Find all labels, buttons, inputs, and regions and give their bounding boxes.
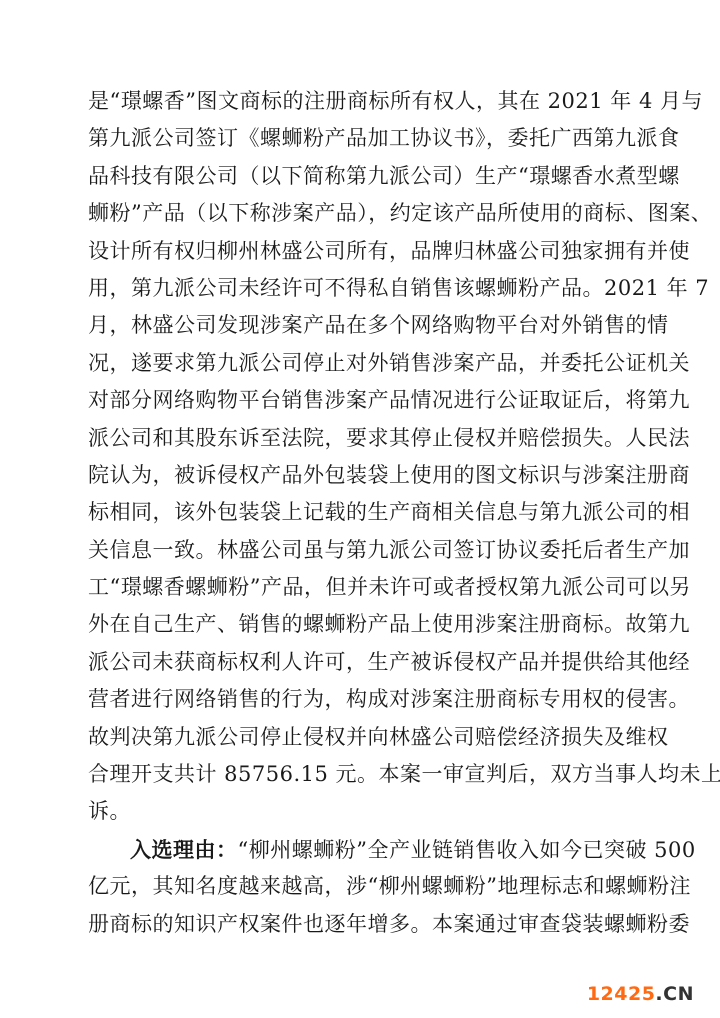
watermark-domain: .CN [655, 983, 694, 1005]
selection-reason-text: “柳州螺蛳粉”全产业链销售收入如今已突破 500 [238, 838, 696, 862]
watermark-number: 12425 [587, 983, 656, 1005]
text-line: 设计所有权归柳州林盛公司所有，品牌归林盛公司独家拥有并使 [88, 233, 636, 270]
text-line: 诉。 [88, 793, 636, 830]
text-line: 对部分网络购物平台销售涉案产品情况进行公证取证后，将第九 [88, 382, 636, 419]
selection-reason-paragraph: 入选理由：“柳州螺蛳粉”全产业链销售收入如今已突破 500 亿元，其知名度越来越… [88, 831, 636, 943]
text-line: 月，林盛公司发现涉案产品在多个网络购物平台对外销售的情 [88, 307, 636, 344]
text-line: 工“璟螺香螺蛳粉”产品，但并未许可或者授权第九派公司可以另 [88, 569, 636, 606]
text-line: 标相同，该外包装袋上记载的生产商相关信息与第九派公司的相 [88, 494, 636, 531]
text-line: 蛳粉”产品（以下称涉案产品），约定该产品所使用的商标、图案、 [88, 195, 636, 232]
selection-reason-label: 入选理由： [130, 837, 238, 862]
text-line: 品科技有限公司（以下简称第九派公司）生产“璟螺香水煮型螺 [88, 158, 636, 195]
text-line: 况，遂要求第九派公司停止对外销售涉案产品，并委托公证机关 [88, 345, 636, 382]
text-line: 第九派公司签订《螺蛳粉产品加工协议书》，委托广西第九派食 [88, 120, 636, 157]
text-line: 院认为，被诉侵权产品外包装袋上使用的图文标识与涉案注册商 [88, 457, 636, 494]
text-line: 营者进行网络销售的行为，构成对涉案注册商标专用权的侵害。 [88, 681, 636, 718]
case-description-paragraph: 是“璟螺香”图文商标的注册商标所有权人，其在 2021 年 4 月与 第九派公司… [88, 83, 636, 831]
text-line: 册商标的知识产权案件也逐年增多。本案通过审查袋装螺蛳粉委 [88, 906, 636, 943]
text-line: 用，第九派公司未经许可不得私自销售该螺蛳粉产品。2021 年 7 [88, 270, 636, 307]
text-line: 合理开支共计 85756.15 元。本案一审宣判后，双方当事人均未上 [88, 756, 636, 793]
text-line: 派公司和其股东诉至法院，要求其停止侵权并赔偿损失。人民法 [88, 420, 636, 457]
text-line: 外在自己生产、销售的螺蛳粉产品上使用涉案注册商标。故第九 [88, 606, 636, 643]
document-page: 是“璟螺香”图文商标的注册商标所有权人，其在 2021 年 4 月与 第九派公司… [88, 83, 636, 943]
site-watermark: 12425.CN [587, 983, 694, 1005]
text-line: 故判决第九派公司停止侵权并向林盛公司赔偿经济损失及维权 [88, 719, 636, 756]
text-line: 关信息一致。林盛公司虽与第九派公司签订协议委托后者生产加 [88, 532, 636, 569]
text-line: 入选理由：“柳州螺蛳粉”全产业链销售收入如今已突破 500 [88, 831, 636, 868]
text-line: 派公司未获商标权利人许可，生产被诉侵权产品并提供给其他经 [88, 644, 636, 681]
text-line: 亿元，其知名度越来越高，涉“柳州螺蛳粉”地理标志和螺蛳粉注 [88, 868, 636, 905]
text-line: 是“璟螺香”图文商标的注册商标所有权人，其在 2021 年 4 月与 [88, 83, 636, 120]
